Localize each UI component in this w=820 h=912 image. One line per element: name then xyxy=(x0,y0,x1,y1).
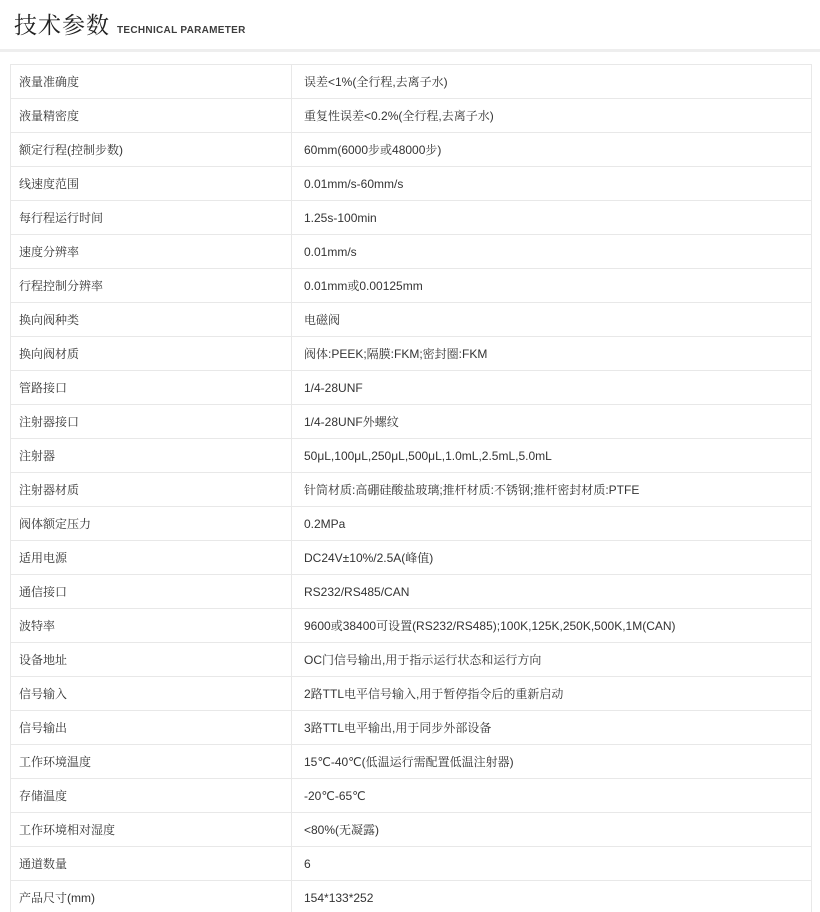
table-row: 液量精密度重复性误差<0.2%(全行程,去离子水) xyxy=(11,99,812,133)
param-value: 阀体:PEEK;隔膜:FKM;密封圈:FKM xyxy=(292,337,812,371)
table-row: 产品尺寸(mm)154*133*252 xyxy=(11,881,812,912)
param-value: 重复性误差<0.2%(全行程,去离子水) xyxy=(292,99,812,133)
table-row: 换向阀种类电磁阀 xyxy=(11,303,812,337)
param-label: 注射器接口 xyxy=(11,405,292,439)
param-label: 适用电源 xyxy=(11,541,292,575)
param-value: 60mm(6000步或48000步) xyxy=(292,133,812,167)
param-label: 波特率 xyxy=(11,609,292,643)
param-value: 9600或38400可设置(RS232/RS485);100K,125K,250… xyxy=(292,609,812,643)
param-label: 注射器材质 xyxy=(11,473,292,507)
table-row: 通道数量6 xyxy=(11,847,812,881)
param-label: 通道数量 xyxy=(11,847,292,881)
param-label: 换向阀种类 xyxy=(11,303,292,337)
param-value: 15℃-40℃(低温运行需配置低温注射器) xyxy=(292,745,812,779)
param-value: 1/4-28UNF xyxy=(292,371,812,405)
param-value: OC门信号输出,用于指示运行状态和运行方向 xyxy=(292,643,812,677)
param-label: 液量准确度 xyxy=(11,65,292,99)
table-row: 设备地址OC门信号输出,用于指示运行状态和运行方向 xyxy=(11,643,812,677)
param-label: 换向阀材质 xyxy=(11,337,292,371)
param-label: 行程控制分辨率 xyxy=(11,269,292,303)
table-row: 适用电源DC24V±10%/2.5A(峰值) xyxy=(11,541,812,575)
param-label: 通信接口 xyxy=(11,575,292,609)
table-row: 工作环境相对湿度<80%(无凝露) xyxy=(11,813,812,847)
table-row: 行程控制分辨率0.01mm或0.00125mm xyxy=(11,269,812,303)
page-title: 技术参数 xyxy=(14,10,110,41)
table-row: 注射器接口1/4-28UNF外螺纹 xyxy=(11,405,812,439)
param-label: 每行程运行时间 xyxy=(11,201,292,235)
table-row: 管路接口1/4-28UNF xyxy=(11,371,812,405)
table-row: 额定行程(控制步数)60mm(6000步或48000步) xyxy=(11,133,812,167)
table-row: 阀体额定压力0.2MPa xyxy=(11,507,812,541)
header-divider xyxy=(0,49,820,52)
param-value: 50μL,100μL,250μL,500μL,1.0mL,2.5mL,5.0mL xyxy=(292,439,812,473)
param-label: 信号输入 xyxy=(11,677,292,711)
technical-parameters-table: 液量准确度误差<1%(全行程,去离子水)液量精密度重复性误差<0.2%(全行程,… xyxy=(10,64,812,912)
table-row: 每行程运行时间1.25s-100min xyxy=(11,201,812,235)
param-value: 3路TTL电平输出,用于同步外部设备 xyxy=(292,711,812,745)
table-row: 波特率9600或38400可设置(RS232/RS485);100K,125K,… xyxy=(11,609,812,643)
table-row: 换向阀材质阀体:PEEK;隔膜:FKM;密封圈:FKM xyxy=(11,337,812,371)
param-value: 154*133*252 xyxy=(292,881,812,912)
param-label: 产品尺寸(mm) xyxy=(11,881,292,912)
table-body: 液量准确度误差<1%(全行程,去离子水)液量精密度重复性误差<0.2%(全行程,… xyxy=(11,65,812,912)
param-label: 阀体额定压力 xyxy=(11,507,292,541)
table-row: 线速度范围0.01mm/s-60mm/s xyxy=(11,167,812,201)
param-value: 0.01mm/s-60mm/s xyxy=(292,167,812,201)
param-value: 针筒材质:高硼硅酸盐玻璃;推杆材质:不锈钢;推杆密封材质:PTFE xyxy=(292,473,812,507)
param-value: 误差<1%(全行程,去离子水) xyxy=(292,65,812,99)
param-label: 工作环境相对湿度 xyxy=(11,813,292,847)
param-label: 注射器 xyxy=(11,439,292,473)
param-value: 0.01mm/s xyxy=(292,235,812,269)
param-value: 电磁阀 xyxy=(292,303,812,337)
param-value: 0.2MPa xyxy=(292,507,812,541)
param-label: 速度分辨率 xyxy=(11,235,292,269)
table-row: 液量准确度误差<1%(全行程,去离子水) xyxy=(11,65,812,99)
param-value: DC24V±10%/2.5A(峰值) xyxy=(292,541,812,575)
param-label: 额定行程(控制步数) xyxy=(11,133,292,167)
param-value: 1.25s-100min xyxy=(292,201,812,235)
param-label: 液量精密度 xyxy=(11,99,292,133)
param-value: <80%(无凝露) xyxy=(292,813,812,847)
param-label: 工作环境温度 xyxy=(11,745,292,779)
param-value: -20℃-65℃ xyxy=(292,779,812,813)
table-row: 信号输出3路TTL电平输出,用于同步外部设备 xyxy=(11,711,812,745)
table-row: 注射器材质针筒材质:高硼硅酸盐玻璃;推杆材质:不锈钢;推杆密封材质:PTFE xyxy=(11,473,812,507)
param-value: 0.01mm或0.00125mm xyxy=(292,269,812,303)
table-row: 工作环境温度15℃-40℃(低温运行需配置低温注射器) xyxy=(11,745,812,779)
param-label: 管路接口 xyxy=(11,371,292,405)
param-value: RS232/RS485/CAN xyxy=(292,575,812,609)
page: 技术参数 TECHNICAL PARAMETER 液量准确度误差<1%(全行程,… xyxy=(0,0,820,912)
table-row: 信号输入2路TTL电平信号输入,用于暂停指令后的重新启动 xyxy=(11,677,812,711)
table-row: 速度分辨率0.01mm/s xyxy=(11,235,812,269)
page-subtitle: TECHNICAL PARAMETER xyxy=(117,25,246,41)
section-header: 技术参数 TECHNICAL PARAMETER xyxy=(0,0,820,41)
param-label: 信号输出 xyxy=(11,711,292,745)
param-label: 设备地址 xyxy=(11,643,292,677)
table-row: 通信接口RS232/RS485/CAN xyxy=(11,575,812,609)
table-row: 存储温度-20℃-65℃ xyxy=(11,779,812,813)
param-label: 存储温度 xyxy=(11,779,292,813)
param-value: 1/4-28UNF外螺纹 xyxy=(292,405,812,439)
param-value: 2路TTL电平信号输入,用于暂停指令后的重新启动 xyxy=(292,677,812,711)
table-row: 注射器50μL,100μL,250μL,500μL,1.0mL,2.5mL,5.… xyxy=(11,439,812,473)
param-value: 6 xyxy=(292,847,812,881)
param-label: 线速度范围 xyxy=(11,167,292,201)
